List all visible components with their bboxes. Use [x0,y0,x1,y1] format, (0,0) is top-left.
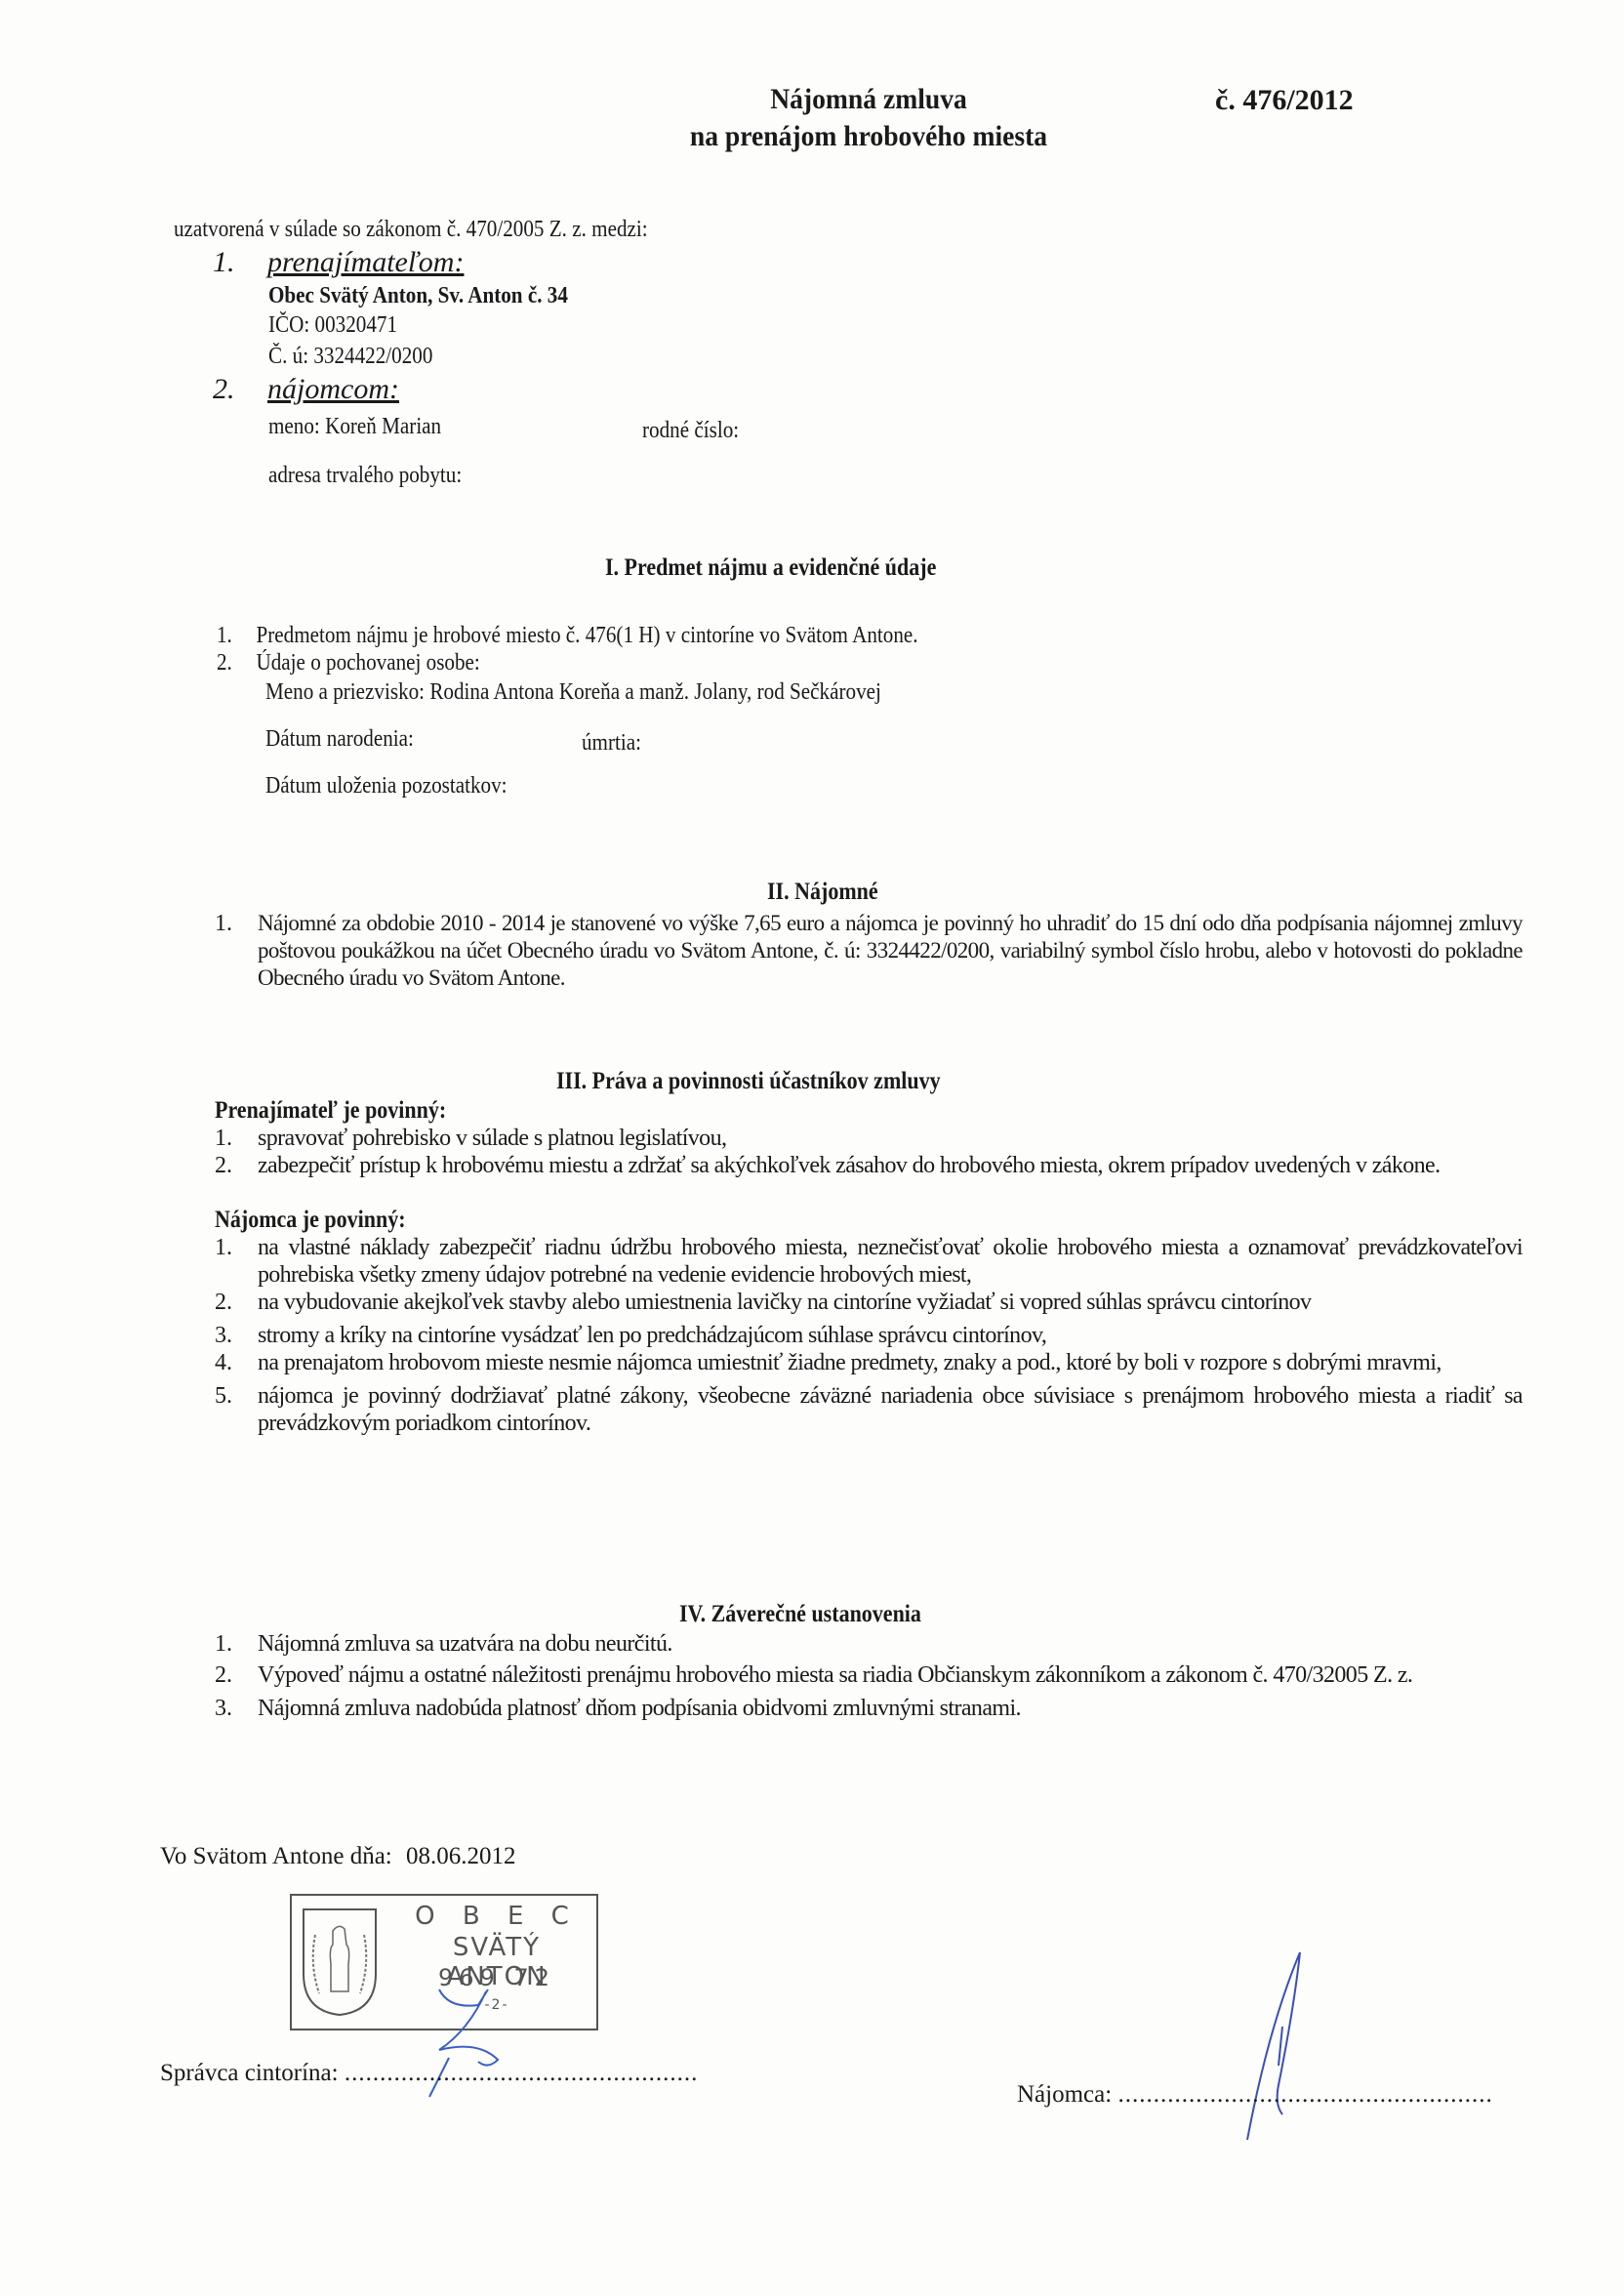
landlord-duty-2: 2. zabezpečiť prístup k hrobovému miestu… [215,1152,1522,1179]
deceased-name: Meno a priezvisko: Rodina Antona Koreňa … [265,677,965,707]
landlord-ico: IČO: 00320471 [268,310,415,340]
birth-date-label: Dátum narodenia: [265,724,434,754]
section1-heading: I. Predmet nájmu a evidenčné údaje [605,554,982,582]
section2-item-1: 1. Nájomné za obdobie 2010 - 2014 je sta… [215,910,1522,992]
section1-item-2: 2.Údaje o pochovanej osobe: [217,648,516,677]
place-date-label: Vo Svätom Antone dňa: [160,1843,392,1869]
stamp-line3: 969 72 [399,1964,594,1991]
tenant-duties-list: 1. na vlastné náklady zabezpečiť riadnu … [215,1234,1522,1437]
landlord-duties-heading: Prenajímateľ je povinný: [215,1097,478,1125]
tenant-birth-number-label: rodné číslo: [476,416,752,445]
contract-number: č. 476/2012 [1215,84,1354,117]
administrator-dots: ........................................… [345,2060,699,2086]
section2-heading: II. Nájomné [767,879,893,906]
section3-heading: III. Práva a povinnosti účastníkov zmluv… [556,1068,993,1095]
section4-list: 1. Nájomná zmluva sa uzatvára na dobu ne… [215,1630,1522,1722]
landlord-duty-1: 1. spravovať pohrebisko v súlade s platn… [215,1125,1522,1152]
section4-item-2: 2. Výpoveď nájmu a ostatné náležitosti p… [215,1661,1522,1689]
tenant-label: Nájomca: [1017,2081,1112,2108]
death-date-label: úmrtia: [582,728,649,758]
tenant-address-label: adresa trvalého pobytu: [268,461,488,490]
tenant-duty-3: 3. stromy a kríky na cintoríne vysádzať … [215,1322,1522,1349]
tenant-duty-2: 2. na vybudovanie akejkoľvek stavby aleb… [215,1289,1522,1316]
burial-date-label: Dátum uloženia pozostatkov: [265,771,540,800]
stamp-line4: -2- [399,1997,594,2013]
administrator-signature-line: Správca cintorína: .....................… [160,2060,698,2087]
section4-heading: IV. Záverečné ustanovenia [679,1601,954,1628]
place-date: Vo Svätom Antone dňa: 08.06.2012 [160,1843,515,1870]
party-tenant-label: 2.nájomcom: [213,373,399,406]
tenant-signature [1239,1948,1318,2144]
intro-text: uzatvorená v súlade so zákonom č. 470/20… [174,215,712,244]
tenant-duty-1: 1. na vlastné náklady zabezpečiť riadnu … [215,1234,1522,1289]
landlord-account: Č. ú: 3324422/0200 [268,342,455,371]
tenant-dots: ........................................… [1117,2081,1492,2108]
tenant-duty-4: 4. na prenajatom hrobovom mieste nesmie … [215,1349,1522,1376]
landlord-duties-list: 1. spravovať pohrebisko v súlade s platn… [215,1125,1522,1179]
section4-item-1: 1. Nájomná zmluva sa uzatvára na dobu ne… [215,1630,1522,1658]
landlord-name: Obec Svätý Anton, Sv. Anton č. 34 [268,281,609,310]
administrator-label: Správca cintorína: [160,2060,339,2086]
signing-date: 08.06.2012 [406,1843,516,1869]
section1-item-1: 1.Predmetom nájmu je hrobové miesto č. 4… [217,621,1014,650]
tenant-name: meno: Koreň Marian [268,412,465,441]
coat-of-arms-icon [300,1906,380,2019]
tenant-duties-heading: Nájomca je povinný: [215,1207,431,1234]
document-title-line1: Nájomná zmluva [644,82,1093,117]
tenant-duty-5: 5. nájomca je povinný dodržiavať platné … [215,1382,1522,1437]
stamp-line1: O B E C [399,1902,594,1931]
section2-list: 1. Nájomné za obdobie 2010 - 2014 je sta… [215,910,1522,992]
tenant-signature-line: Nájomca: ...............................… [1017,2081,1493,2109]
party-landlord-label: 1.prenajímateľom: [213,246,464,279]
section4-item-3: 3. Nájomná zmluva nadobúda platnosť dňom… [215,1695,1522,1722]
document-title-line2: na prenájom hrobového miesta [608,119,1129,154]
document-page: Nájomná zmluva na prenájom hrobového mie… [0,0,1624,2296]
municipal-stamp: O B E C SVÄTÝ ANTON 969 72 -2- [290,1894,598,2030]
